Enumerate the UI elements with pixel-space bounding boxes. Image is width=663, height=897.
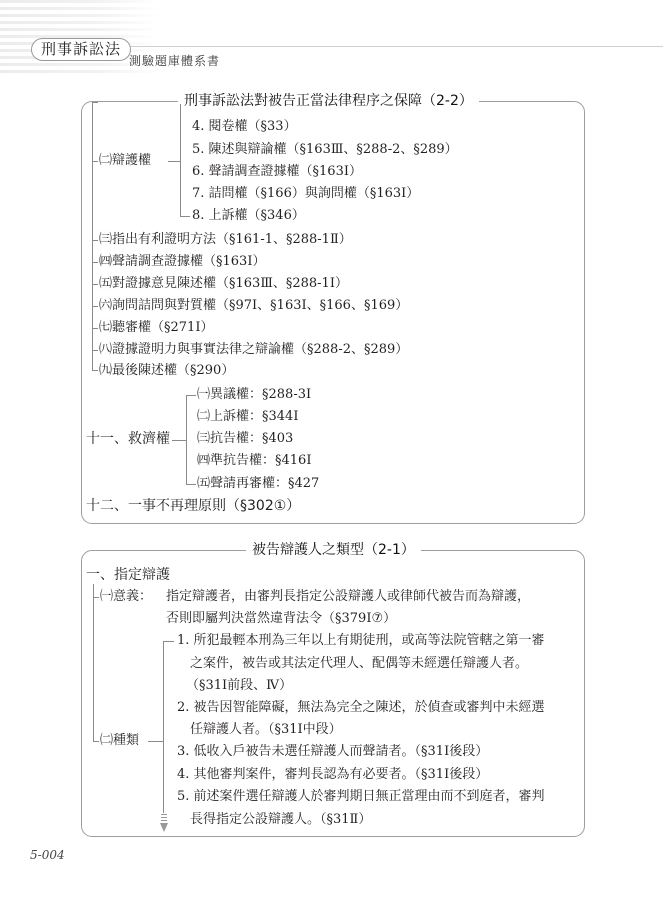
right-item: ㈦聽審權（§271Ⅰ） [99, 320, 213, 336]
arrow-down-icon [160, 814, 168, 832]
right-item: ㈢指出有利證明方法（§161-1、§288-1Ⅱ） [99, 232, 352, 248]
tree-connector [92, 262, 98, 263]
type-item: 5. 前述案件選任辯護人於審判期日無正當理由而不到庭者，審判 [177, 789, 545, 805]
type-item: 3. 低收入戶被告未選任辯護人而聲請者。（§31Ⅰ後段） [177, 744, 488, 760]
defense-item: 5. 陳述與辯論權（§163Ⅲ、§288-2、§289） [192, 142, 458, 158]
right-item: ㈥詢問詰問與對質權（§97Ⅰ、§163Ⅰ、§166、§169） [99, 298, 408, 314]
page-number: 5-004 [30, 848, 65, 862]
tree-trunk-line [92, 102, 93, 370]
tree-connector [163, 641, 174, 642]
meaning-line: 指定辯護者，由審判長指定公設辯護人或律師代被告而為辯護， [166, 589, 530, 605]
right-item: ㈣聲請調查證據權（§163Ⅰ） [99, 254, 265, 270]
series-name: 測驗題庫體系書 [129, 52, 220, 69]
tree-connector [92, 350, 98, 351]
box-title: 被告辯護人之類型（2-1） [246, 541, 421, 559]
box-title: 刑事訴訟法對被告正當法律程序之保障（2-2） [178, 92, 479, 110]
remedy-item: ㈤聲請再審權：§427 [197, 476, 319, 492]
defense-item: 6. 聲請調查證據權（§163Ⅰ） [192, 164, 362, 180]
tree-connector [93, 597, 99, 598]
type-item: 4. 其他審判案件，審判長認為有必要者。（§31Ⅰ後段） [177, 767, 488, 783]
right-item: ㈤對證據意見陳述權（§163Ⅲ、§288-1Ⅰ） [99, 276, 348, 292]
tree-connector [92, 284, 98, 285]
defense-item: 4. 閱卷權（§33） [192, 119, 297, 135]
section-heading: 一、指定辯護 [86, 567, 170, 583]
type-item-cont: 之案件，被告或其法定代理人、配偶等未經選任辯護人者。 [190, 656, 528, 672]
tree-connector [92, 161, 98, 162]
header-rule [122, 46, 663, 47]
type-item: 1. 所犯最輕本刑為三年以上有期徒刑，或高等法院管轄之第一審 [177, 633, 545, 649]
tree-connector [168, 161, 180, 162]
remedy-item: ㈡上訴權：§344Ⅰ [197, 409, 298, 425]
remedy-item: ㈠異議權：§288-3Ⅰ [197, 387, 311, 403]
type-item: 2. 被告因智能障礙，無法為完全之陳述，於偵查或審判中未經選 [177, 700, 545, 716]
tree-branch-line [163, 641, 164, 813]
type-item-cont: （§31Ⅰ前段、Ⅳ） [186, 678, 292, 694]
tree-connector [92, 306, 98, 307]
tree-connector [92, 370, 98, 371]
tree-connector [186, 395, 196, 396]
remedy-item: ㈣準抗告權：§416Ⅰ [197, 453, 311, 469]
book-title: 刑事訴訟法 [31, 38, 131, 61]
meaning-line: 否則即屬判決當然違背法令（§379Ⅰ⑦） [166, 611, 396, 627]
double-jeopardy-item: 十二、一事不再理原則（§302①） [86, 498, 300, 514]
tree-branch-line [180, 104, 181, 216]
tree-connector [148, 741, 163, 742]
type-item-cont: 任辯護人者。（§31Ⅰ中段） [190, 722, 342, 738]
right-item: ㈨最後陳述權（§290） [99, 363, 234, 379]
tree-connector [172, 440, 186, 441]
remedy-label: 十一、救濟權 [86, 431, 170, 447]
tree-connector [180, 216, 190, 217]
defense-item: 7. 詰問權（§166）與詢問權（§163Ⅰ） [192, 186, 419, 202]
meaning-label: ㈠意義： [100, 589, 152, 605]
tree-connector [92, 102, 98, 103]
tree-connector [186, 484, 196, 485]
tree-branch-line [186, 395, 187, 484]
defense-item: 8. 上訴權（§346） [192, 208, 305, 224]
type-item-cont: 長得指定公設辯護人。（§31Ⅱ） [190, 812, 371, 828]
types-label: ㈡種類 [100, 733, 139, 749]
remedy-item: ㈢抗告權：§403 [197, 431, 293, 447]
right-item: ㈧證據證明力與事實法律之辯論權（§288-2、§289） [99, 342, 408, 358]
tree-trunk-line [93, 584, 94, 741]
tree-connector [93, 741, 99, 742]
tree-connector [92, 328, 98, 329]
defense-right-label: ㈡辯護權 [99, 153, 151, 169]
tree-connector [92, 240, 98, 241]
